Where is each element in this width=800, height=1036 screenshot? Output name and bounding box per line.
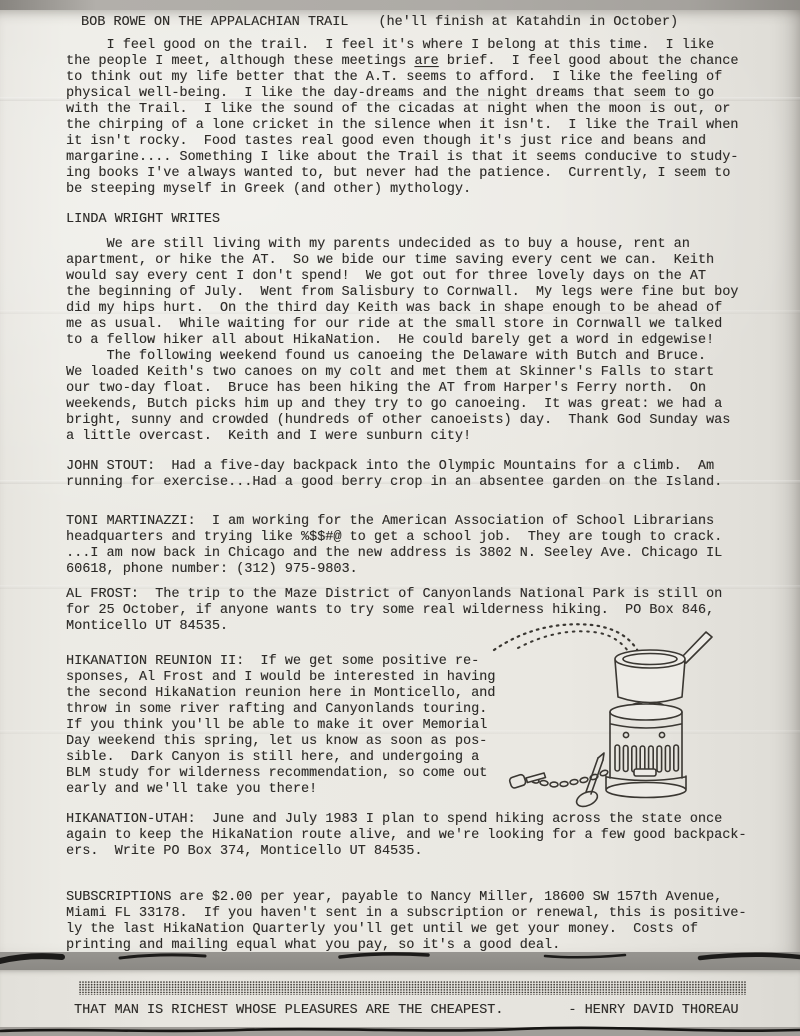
- section-body: brief. I feel good about the chance to t…: [66, 54, 738, 197]
- footer-quote-line: THAT MAN IS RICHEST WHOSE PLEASURES ARE …: [74, 1003, 739, 1019]
- footer-strip: THAT MAN IS RICHEST WHOSE PLEASURES ARE …: [0, 970, 800, 1027]
- section-bob-rowe-heading: BOB ROWE ON THE APPALACHIAN TRAIL(he'll …: [66, 15, 772, 31]
- section-heading-note: (he'll finish at Katahdin in October): [378, 15, 678, 30]
- typewritten-content: BOB ROWE ON THE APPALACHIAN TRAIL(he'll …: [0, 10, 800, 954]
- section-body: SUBSCRIPTIONS are $2.00 per year, payabl…: [66, 890, 747, 953]
- vent-slot: [615, 745, 620, 771]
- scan-top-edge: [0, 0, 800, 10]
- section-body: HIKANATION-UTAH: June and July 1983 I pl…: [66, 812, 747, 859]
- dotted-divider: [79, 981, 746, 995]
- section-toni-martinazzi: TONI MARTINAZZI: I am working for the Am…: [66, 514, 772, 578]
- torn-paper-shadow: [0, 952, 800, 970]
- section-subscriptions: SUBSCRIPTIONS are $2.00 per year, payabl…: [66, 890, 772, 954]
- section-john-stout: JOHN STOUT: Had a five-day backpack into…: [66, 459, 772, 491]
- section-hikanation-utah: HIKANATION-UTAH: June and July 1983 I pl…: [66, 812, 772, 860]
- paper-sheet: BOB ROWE ON THE APPALACHIAN TRAIL(he'll …: [0, 10, 800, 952]
- scanned-newsletter-page: BOB ROWE ON THE APPALACHIAN TRAIL(he'll …: [0, 0, 800, 1036]
- stove-top: [610, 704, 682, 720]
- section-heading: BOB ROWE ON THE APPALACHIAN TRAIL: [66, 15, 348, 30]
- pricker-tool: [574, 753, 604, 809]
- section-bob-rowe-body: I feel good on the trail. I feel it's wh…: [66, 38, 772, 198]
- camp-stove-illustration: [488, 612, 718, 810]
- stove-base: [606, 783, 686, 798]
- footer-attribution: - HENRY DAVID THOREAU: [568, 1003, 738, 1018]
- section-linda-wright-body: We are still living with my parents unde…: [66, 237, 772, 445]
- section-body: We are still living with my parents unde…: [66, 237, 738, 444]
- section-body: TONI MARTINAZZI: I am working for the Am…: [66, 514, 722, 577]
- scan-bottom-edge: [0, 1027, 800, 1036]
- underlined-word: are: [414, 54, 438, 69]
- section-body: JOHN STOUT: Had a five-day backpack into…: [66, 459, 722, 490]
- section-linda-wright-heading: LINDA WRIGHT WRITES: [66, 212, 772, 228]
- footer-quote: THAT MAN IS RICHEST WHOSE PLEASURES ARE …: [74, 1003, 503, 1018]
- steam-dots: [494, 624, 639, 653]
- section-body: HIKANATION REUNION II: If we get some po…: [66, 654, 495, 797]
- section-heading: LINDA WRIGHT WRITES: [66, 212, 220, 227]
